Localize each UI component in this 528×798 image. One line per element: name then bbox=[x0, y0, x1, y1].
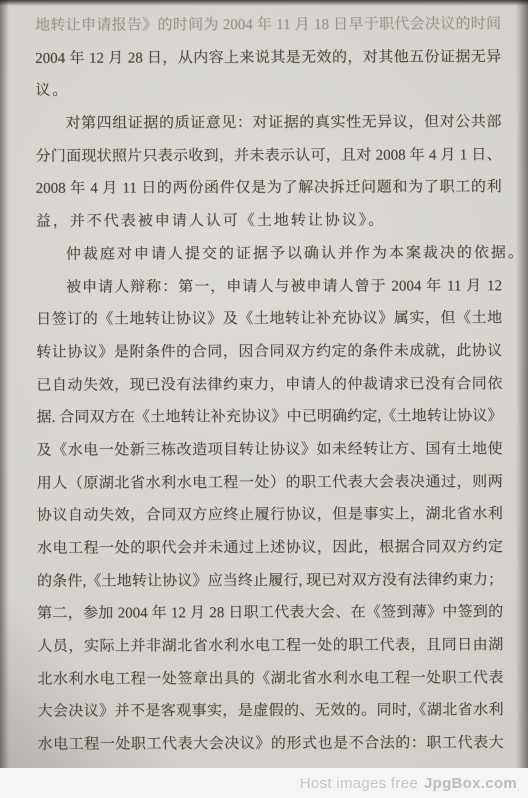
text-line: 益，并不代表被申请人认可《土地转让协议》。 bbox=[36, 204, 502, 238]
watermark-brand: JpgBox.com bbox=[424, 775, 517, 792]
text-line: 转让协议》是附条件的合同，因合同双方约定的条件未成就，此协议 bbox=[36, 335, 502, 369]
text-line: 日签订的《土地转让协议》及《土地转让补充协议》属实，但《土地 bbox=[36, 302, 502, 336]
text-line: 地转让申请报告》的时间为 2004 年 11 月 18 日早于职代会决议的时间 bbox=[35, 8, 501, 42]
text-line: 第二，参加 2004 年 12 月 28 日职工代表大会、在《签到薄》中签到的 bbox=[37, 597, 503, 631]
document-page: 地转让申请报告》的时间为 2004 年 11 月 18 日早于职代会决议的时间2… bbox=[0, 0, 528, 768]
text-line: 已自动失效，现已没有法律约束力，申请人的仲裁请求已没有合同依 bbox=[36, 368, 502, 402]
text-line: 被申请人辩称：第一，申请人与被申请人曾于 2004 年 11 月 12 bbox=[36, 270, 502, 304]
text-line: 水电工程一处的职代会并未通过上述协议，因此，根据合同双方约定 bbox=[37, 531, 503, 565]
text-line: 对第四组证据的质证意见：对证据的真实性无异议，但对公共部 bbox=[35, 106, 501, 140]
text-line: 协议自动失效，合同双方应终止履行协议，但是事实上，湖北省水利 bbox=[37, 498, 503, 532]
text-line: 2004 年 12 月 28 日，从内容上来说其是无效的，对其他五份证据无异 bbox=[35, 41, 501, 75]
watermark: Host images free JpgBox.com bbox=[0, 768, 528, 798]
document-body-text: 地转让申请报告》的时间为 2004 年 11 月 18 日早于职代会决议的时间2… bbox=[35, 8, 504, 761]
text-line: 据. 合同双方在《土地转让补充协议》中已明确约定,《土地转让协议》 bbox=[36, 400, 502, 434]
text-line: 水电工程一处职工代表大会决议》的形式也是不合法的：职工代表大 bbox=[38, 727, 504, 761]
text-line: 大会决议》并不是客观事实，是虚假的、无效的。同时,《湖北省水利 bbox=[37, 695, 503, 729]
text-line: 议。 bbox=[35, 74, 501, 108]
text-line: 及《水电一处新三栋改造项目转让协议》如未经转让方、国有土地使 bbox=[36, 433, 502, 467]
text-line: 分门面现状照片只表示收到，并未表示认可，且对 2008 年 4 月 1 日、 bbox=[35, 139, 501, 173]
text-line: 用人（原湖北省水利水电工程一处）的职工代表大会表决通过，则两 bbox=[37, 466, 503, 500]
scanned-document-image: 地转让申请报告》的时间为 2004 年 11 月 18 日早于职代会决议的时间2… bbox=[0, 0, 528, 798]
watermark-text: Host images free bbox=[300, 775, 418, 792]
text-line: 仲裁庭对申请人提交的证据予以确认并作为本案裁决的依据。 bbox=[36, 237, 502, 271]
text-line: 2008 年 4 月 11 日的两份函件仅是为了解决拆迁问题和为了职工的利 bbox=[36, 172, 502, 206]
text-line: 人员，实际上并非湖北省水利水电工程一处的职工代表，且同日由湖 bbox=[37, 629, 503, 663]
text-line: 的条件,《土地转让协议》应当终止履行, 现已对双方没有法律约束力； bbox=[37, 564, 503, 598]
text-line: 北水利水电工程一处签章出具的《湖北省水利水电工程一处职工代表 bbox=[37, 662, 503, 696]
